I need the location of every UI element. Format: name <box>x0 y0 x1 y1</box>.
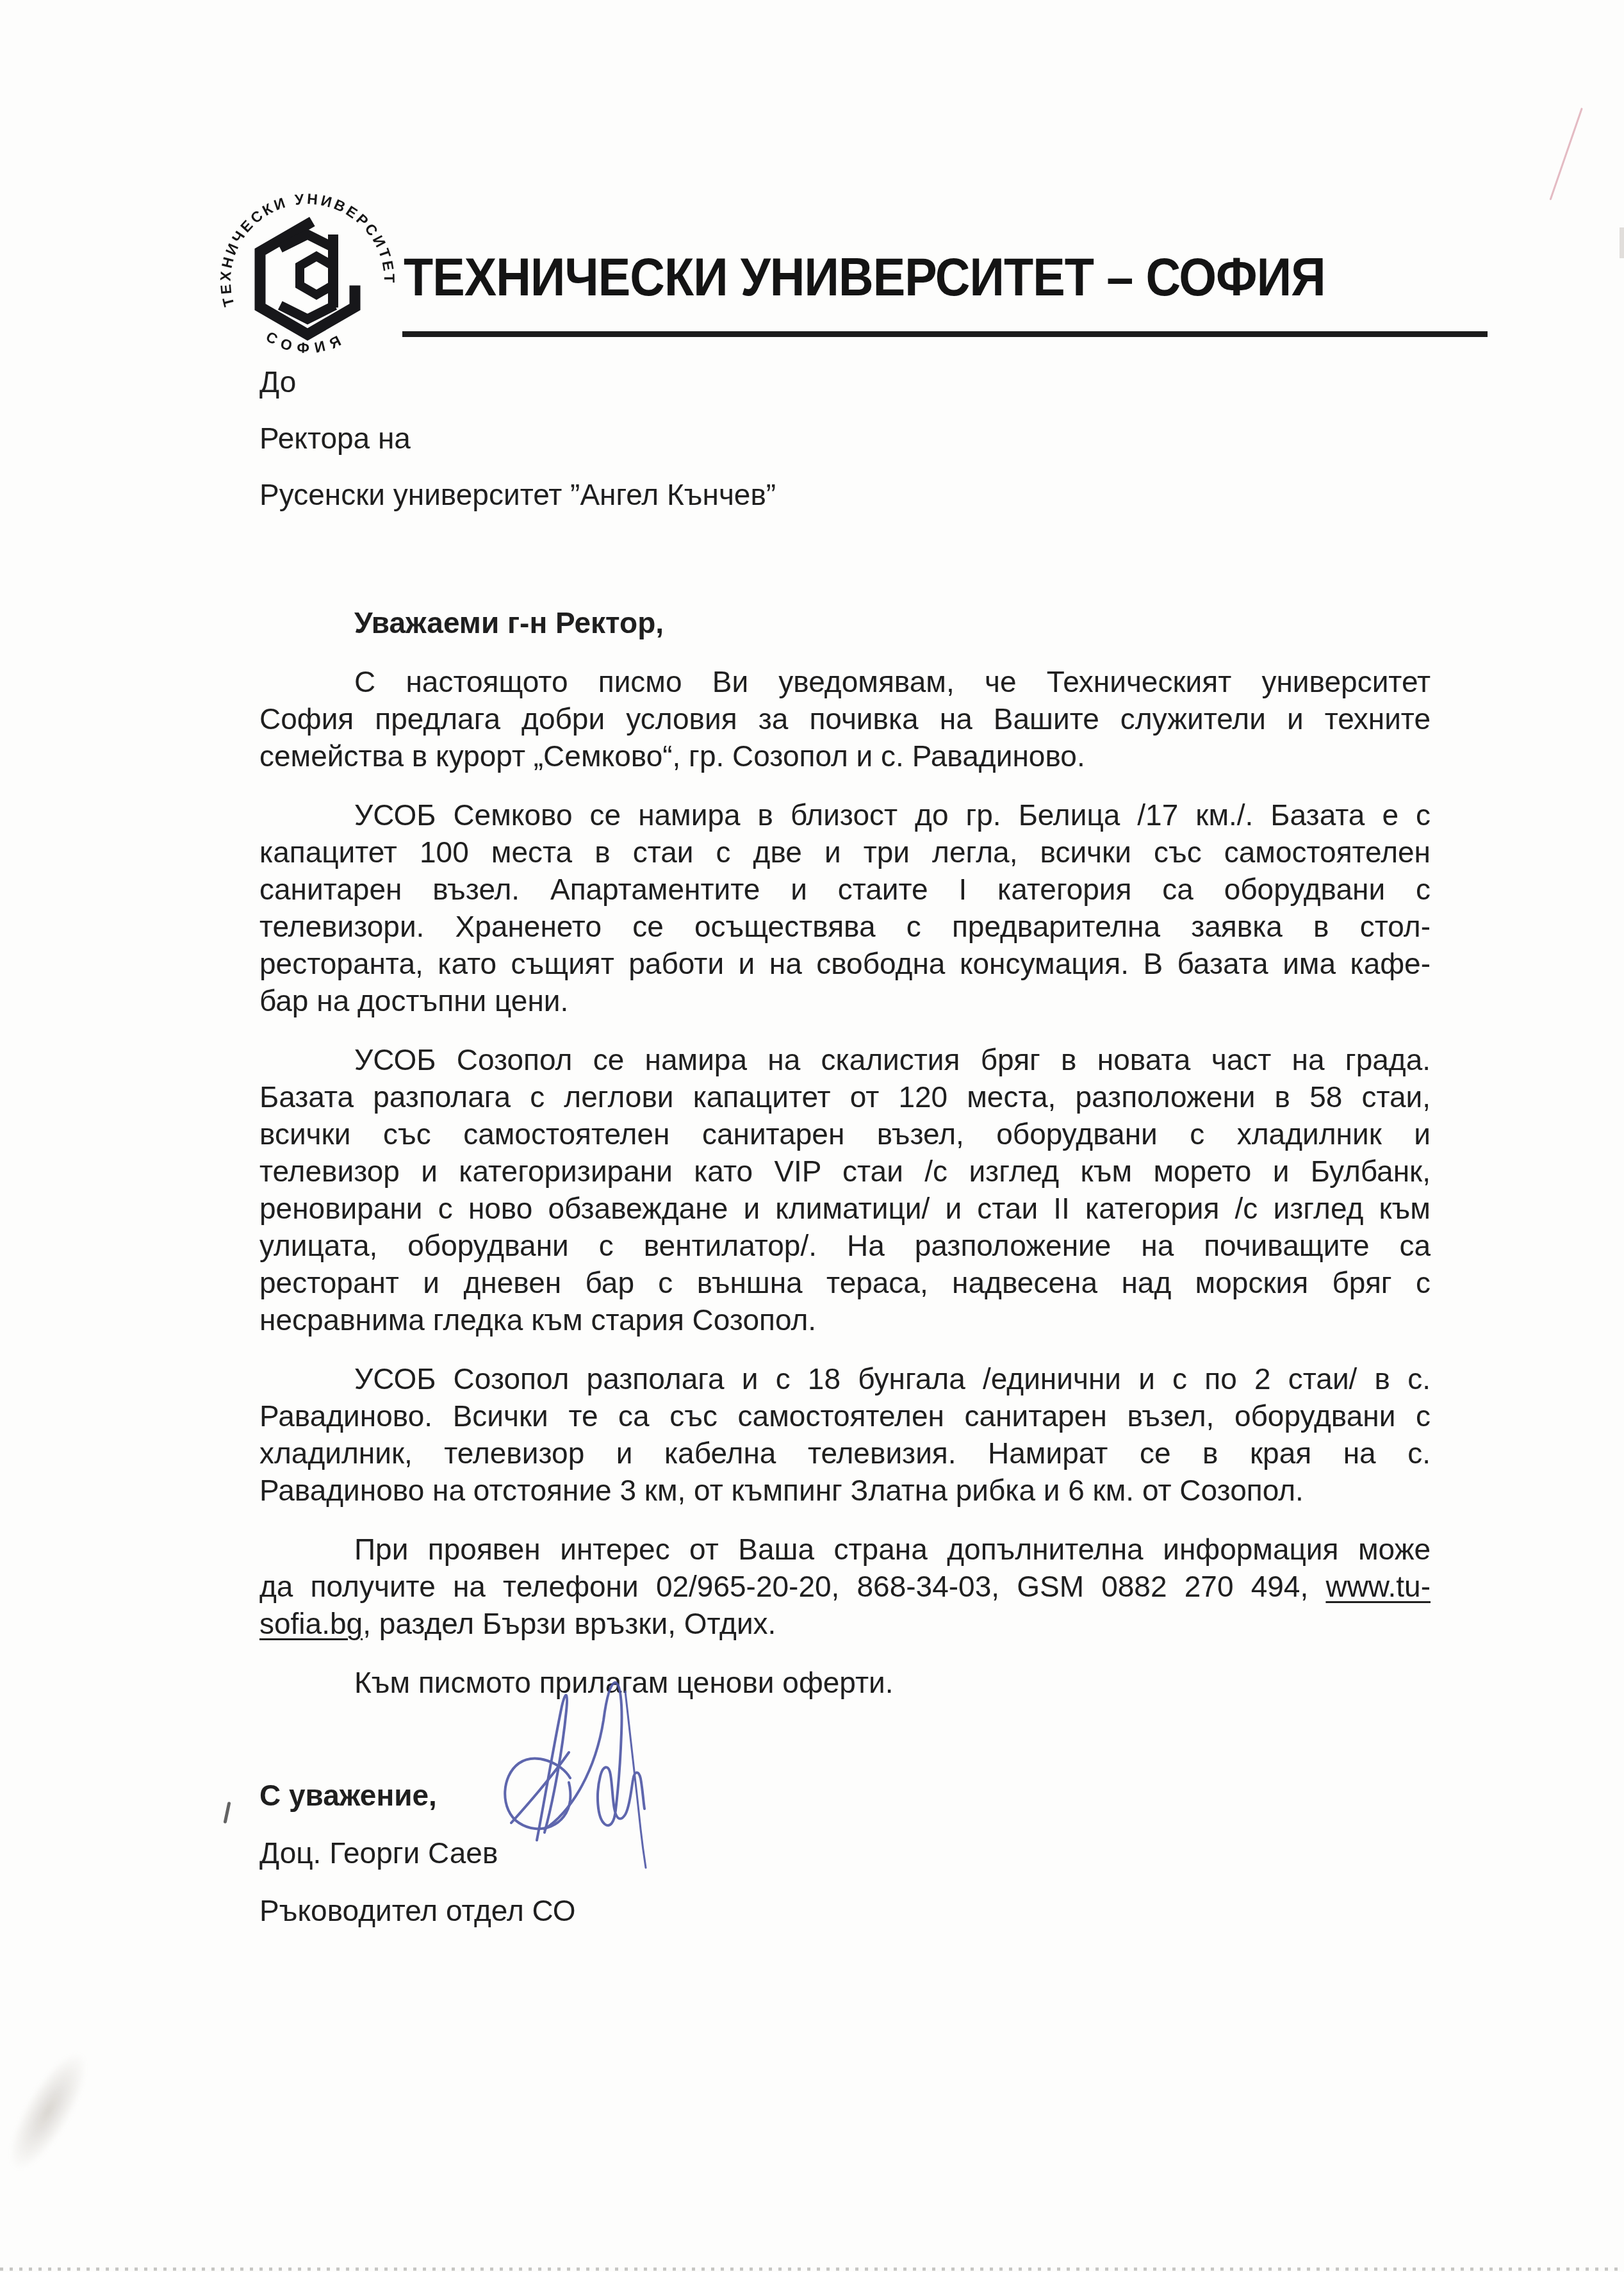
body-line: санитарен възел. Апартаментите и стаите … <box>259 871 1431 908</box>
body-line: реновирани с ново обзавеждане и климатиц… <box>259 1190 1431 1227</box>
body-line: телевизор и категоризирани като VIP стаи… <box>259 1153 1431 1190</box>
recipient-line-to: До <box>259 363 1156 400</box>
paragraph-5: При проявен интерес от Ваша страна допъл… <box>259 1531 1431 1642</box>
body-line: улицата, оборудвани с вентилатор/. На ра… <box>259 1227 1431 1264</box>
body-line-text: да получите на телефони 02/965-20-20, 86… <box>259 1570 1325 1603</box>
link-sofia-bg: sofia.bg <box>259 1607 363 1640</box>
body-line: хладилник, телевизор и кабелна телевизия… <box>259 1435 1431 1472</box>
body-line: несравнима гледка към стария Созопол. <box>259 1301 1431 1338</box>
scan-artifact-ink-tick <box>224 1802 231 1823</box>
body-line: Равадиново на отстояние 3 км, от къмпинг… <box>259 1472 1431 1509</box>
logo-emblem <box>260 224 355 334</box>
letter-body: Уважаеми г-н Ректор, С настоящото писмо … <box>259 604 1431 1723</box>
body-line: да получите на телефони 02/965-20-20, 86… <box>259 1568 1431 1605</box>
body-line: При проявен интерес от Ваша страна допъл… <box>259 1531 1431 1568</box>
body-line: С настоящото писмо Ви уведомявам, че Тех… <box>259 663 1431 700</box>
body-line: София предлага добри условия за почивка … <box>259 700 1431 737</box>
recipient-line-university: Русенски университет ”Ангел Кънчев” <box>259 476 1156 513</box>
body-line-text: , раздел Бързи връзки, Отдих. <box>363 1607 776 1640</box>
signer-role: Ръководител отдел СО <box>259 1892 1028 1929</box>
body-line: Равадиново. Всички те са със самостоятел… <box>259 1397 1431 1435</box>
scan-artifact-pink-line <box>1550 108 1583 201</box>
body-line: ресторант и дневен бар с външна тераса, … <box>259 1264 1431 1301</box>
body-line: sofia.bg, раздел Бързи връзки, Отдих. <box>259 1605 1431 1642</box>
body-line: Базата разполага с леглови капацитет от … <box>259 1078 1431 1115</box>
body-line: УСОБ Семково се намира в близост до гр. … <box>259 796 1431 834</box>
body-line: капацитет 100 места в стаи с две и три л… <box>259 834 1431 871</box>
letterhead-rule <box>402 331 1488 337</box>
scan-artifact-smudge <box>0 2042 101 2181</box>
scan-artifact-bottom-edge <box>0 2268 1624 2271</box>
paragraph-6: Към писмото прилагам ценови оферти. <box>259 1664 1431 1701</box>
university-logo: ТЕХНИЧЕСКИ УНИВЕРСИТЕТ СОФИЯ <box>217 186 398 373</box>
body-line: УСОБ Созопол се намира на скалистия бряг… <box>259 1041 1431 1078</box>
recipient-block: До Ректора на Русенски университет ”Анге… <box>259 363 1156 532</box>
paragraph-3: УСОБ Созопол се намира на скалистия бряг… <box>259 1041 1431 1338</box>
scanned-letter-page: ТЕХНИЧЕСКИ УНИВЕРСИТЕТ СОФИЯ ТЕХНИЧЕСКИ … <box>0 0 1624 2272</box>
letterhead-title: ТЕХНИЧЕСКИ УНИВЕРСИТЕТ – СОФИЯ <box>404 246 1325 308</box>
body-line: бар на достъпни цени. <box>259 982 1431 1019</box>
link-www-tu: www.tu- <box>1325 1570 1431 1603</box>
salutation-block: Уважаеми г-н Ректор, <box>259 604 1431 641</box>
body-line: семейства в курорт „Семково“, гр. Созопо… <box>259 737 1431 775</box>
body-line: Към писмото прилагам ценови оферти. <box>259 1664 1431 1701</box>
scan-artifact-edge-streak <box>1620 227 1624 258</box>
body-line: ресторанта, като същият работи и на своб… <box>259 945 1431 982</box>
paragraph-1: С настоящото писмо Ви уведомявам, че Тех… <box>259 663 1431 775</box>
body-line: УСОБ Созопол разполага и с 18 бунгала /е… <box>259 1360 1431 1397</box>
handwritten-signature <box>500 1672 666 1877</box>
paragraph-4: УСОБ Созопол разполага и с 18 бунгала /е… <box>259 1360 1431 1509</box>
recipient-line-rector: Ректора на <box>259 420 1156 457</box>
body-line: телевизори. Храненето се осъществява с п… <box>259 908 1431 945</box>
paragraph-2: УСОБ Семково се намира в близост до гр. … <box>259 796 1431 1019</box>
salutation: Уважаеми г-н Ректор, <box>259 604 1431 641</box>
body-line: всички със самостоятелен санитарен възел… <box>259 1115 1431 1153</box>
